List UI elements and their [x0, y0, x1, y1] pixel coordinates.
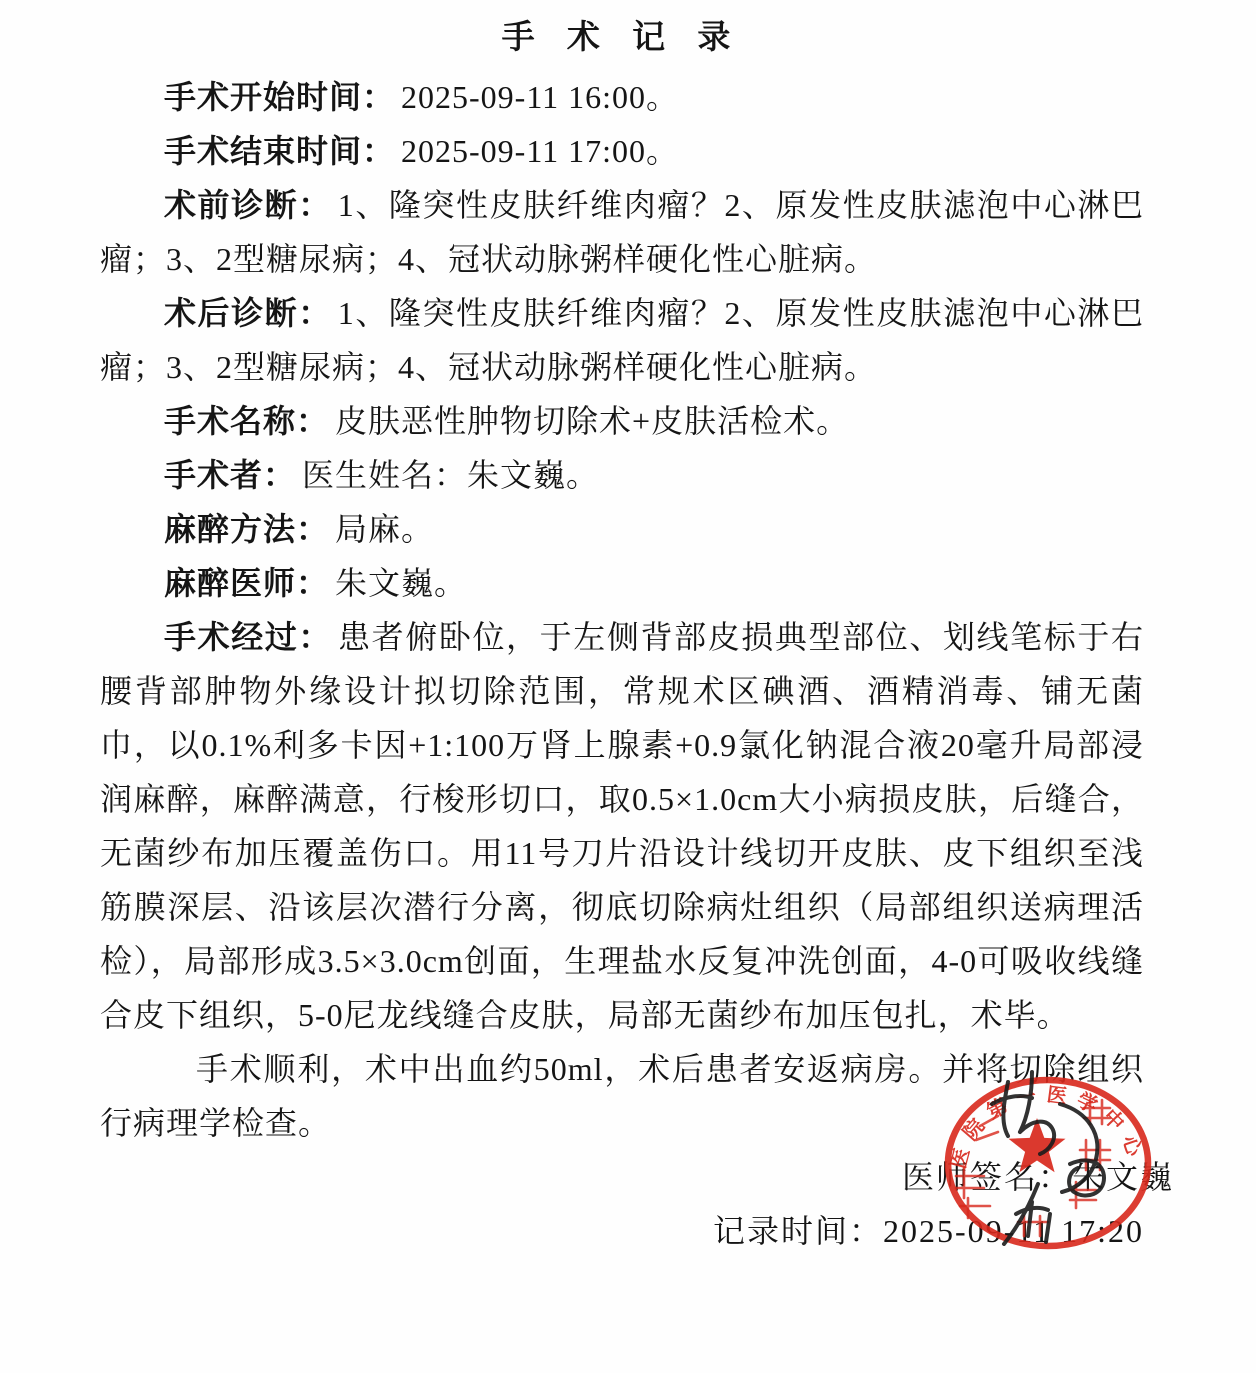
field-row-postop-diagnosis: 术后诊断：1、隆突性皮肤纤维肉瘤？2、原发性皮肤滤泡中心淋巴瘤；3、2型糖尿病；… [100, 286, 1144, 394]
field-value: 患者俯卧位，于左侧背部皮损典型部位、划线笔标于右腰背部肿物外缘设计拟切除范围，常… [100, 619, 1144, 1033]
field-label: 术前诊断： [164, 187, 332, 223]
field-label: 手术结束时间： [164, 133, 395, 169]
signature-name: 朱文巍 [1072, 1159, 1174, 1195]
field-label: 手术者： [164, 457, 296, 493]
field-value: 朱文巍。 [335, 565, 467, 601]
closing-paragraph: 手术顺利，术中出血约50ml，术后患者安返病房。并将切除组织行病理学检查。 [100, 1042, 1144, 1150]
page-title: 手 术 记 录 [100, 12, 1144, 64]
field-value: 2025-09-11 17:00。 [401, 133, 679, 169]
field-value: 医生姓名：朱文巍。 [302, 457, 599, 493]
document-body: 手 术 记 录 手术开始时间：2025-09-11 16:00。 手术结束时间：… [0, 0, 1256, 1258]
field-label: 麻醉医师： [164, 565, 329, 601]
record-time-line: 记录时间：2025-09-11 17:20 [100, 1204, 1144, 1258]
field-label: 手术经过： [164, 619, 332, 655]
field-row-anesthesia-method: 麻醉方法：局麻。 [100, 502, 1144, 556]
record-time-value: 2025-09-11 17:20 [883, 1213, 1144, 1249]
field-value: 局麻。 [335, 511, 434, 547]
signature-line: 医师签名：朱文巍 [100, 1150, 1174, 1204]
signature-label: 医师签名： [902, 1159, 1072, 1195]
field-row-surgery-end-time: 手术结束时间：2025-09-11 17:00。 [100, 124, 1144, 178]
field-row-anesthesiologist: 麻醉医师：朱文巍。 [100, 556, 1144, 610]
record-time-label: 记录时间： [713, 1213, 883, 1249]
field-row-preop-diagnosis: 术前诊断：1、隆突性皮肤纤维肉瘤？2、原发性皮肤滤泡中心淋巴瘤；3、2型糖尿病；… [100, 178, 1144, 286]
field-row-surgeon: 手术者：医生姓名：朱文巍。 [100, 448, 1144, 502]
field-label: 手术名称： [164, 403, 329, 439]
field-value: 皮肤恶性肿物切除术+皮肤活检术。 [335, 403, 849, 439]
field-label: 术后诊断： [164, 295, 332, 331]
field-label: 麻醉方法： [164, 511, 329, 547]
field-value: 2025-09-11 16:00。 [401, 79, 679, 115]
field-row-surgery-start-time: 手术开始时间：2025-09-11 16:00。 [100, 70, 1144, 124]
field-row-operation-course: 手术经过：患者俯卧位，于左侧背部皮损典型部位、划线笔标于右腰背部肿物外缘设计拟切… [100, 610, 1144, 1042]
field-label: 手术开始时间： [164, 79, 395, 115]
field-row-surgery-name: 手术名称：皮肤恶性肿物切除术+皮肤活检术。 [100, 394, 1144, 448]
surgical-record-page: 手 术 记 录 手术开始时间：2025-09-11 16:00。 手术结束时间：… [0, 0, 1256, 1373]
